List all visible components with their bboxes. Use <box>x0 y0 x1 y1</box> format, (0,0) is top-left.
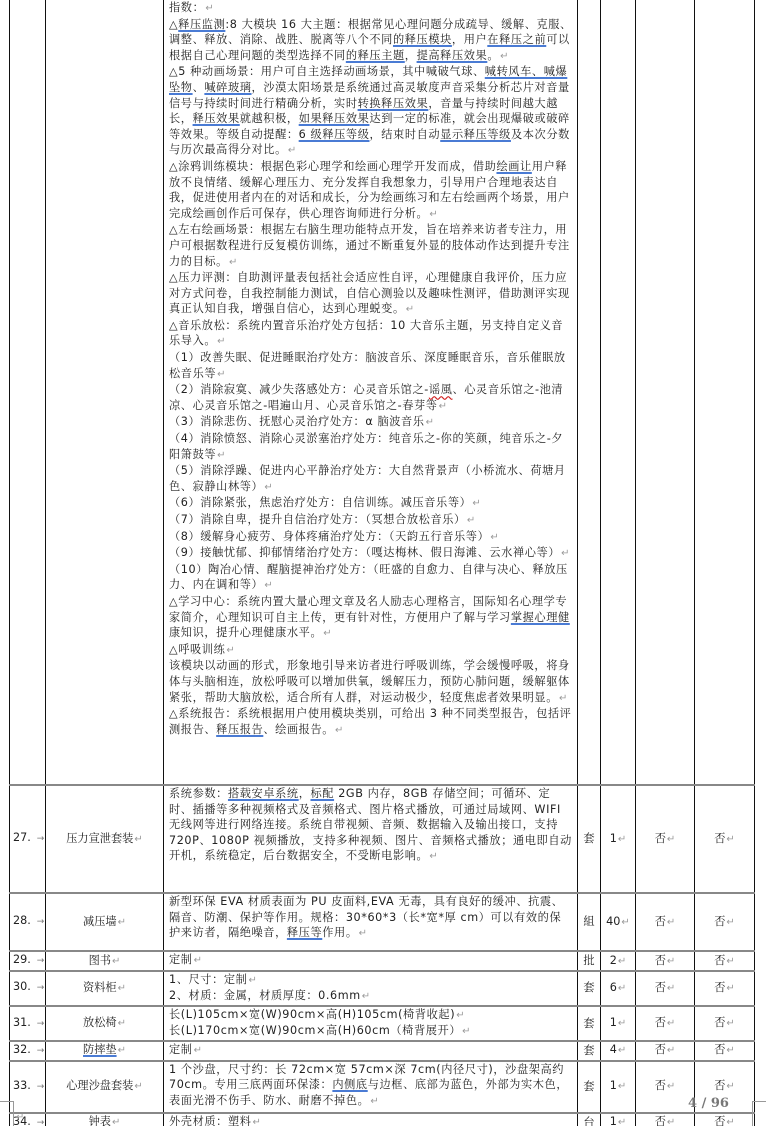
imported-value: 否 <box>655 915 666 928</box>
paragraph-mark: ↵ <box>439 401 448 412</box>
quantity-cell: 1↵ <box>601 1113 636 1126</box>
paragraph-mark: ↵ <box>618 834 626 845</box>
quantity: 1 <box>610 1016 617 1029</box>
paragraph-mark: ↵ <box>359 928 368 939</box>
unit-cell: 台 <box>578 1113 601 1126</box>
item-name: 压力宣泄套装 <box>66 832 133 845</box>
item-name-cell: 钟表↵ <box>46 1113 164 1126</box>
row-number-cell: 34.→ <box>10 1113 46 1126</box>
paragraph-mark: ↵ <box>726 834 734 845</box>
imported-cell <box>636 0 695 785</box>
paragraph-mark: ↵ <box>618 983 626 994</box>
paragraph: 2、材质：金属，材质厚度：0.6mm↵ <box>169 988 573 1005</box>
core-product-value: 否 <box>714 981 725 994</box>
paragraph-mark: ↵ <box>288 145 297 156</box>
paragraph-mark: ↵ <box>16 1112 24 1123</box>
paragraph-mark: ↵ <box>253 1117 262 1126</box>
item-name: 钟表 <box>89 1115 111 1126</box>
tab-mark: → <box>37 917 45 927</box>
paragraph: （6）消除紧张，焦虑治疗处方：自信训练。减压音乐等）↵ <box>169 495 573 512</box>
paragraph: 长(L)105cm×宽(W)90cm×高(H)105cm(椅背收起)↵ <box>169 1007 573 1024</box>
paragraph-mark: ↵ <box>500 51 509 62</box>
paragraph: （4）消除愤怒、消除心灵淤塞治疗处方：纯音乐之-你的笑颜，纯音乐之-夕阳箫鼓等↵ <box>169 431 573 463</box>
quantity: 4 <box>610 1043 617 1056</box>
imported-cell: 否↵ <box>636 1006 695 1041</box>
quantity-cell: 6↵ <box>601 971 636 1006</box>
paragraph-mark: ↵ <box>559 693 568 704</box>
item-name-cell: 放松椅↵ <box>46 1006 164 1041</box>
unit: 套 <box>583 1080 594 1093</box>
row-number-cell: 30.→ <box>10 971 46 1006</box>
imported-value: 否 <box>655 981 666 994</box>
quantity-cell: 1↵ <box>601 1061 636 1113</box>
unit-cell: 組 <box>578 893 601 951</box>
paragraph-mark: ↵ <box>618 1081 626 1092</box>
item-name-cell: 减压墙↵ <box>46 893 164 951</box>
row-number: 33. <box>13 1079 31 1092</box>
table-row: 30.→ 资料柜↵ 1、尺寸：定制↵2、材质：金属，材质厚度：0.6mm↵ 套 … <box>10 971 755 1006</box>
paragraph-mark: ↵ <box>561 548 570 559</box>
unit-cell: 套 <box>578 1006 601 1041</box>
paragraph-mark: ↵ <box>726 1018 734 1029</box>
core-product-cell <box>695 0 755 785</box>
imported-cell: 否↵ <box>636 951 695 971</box>
item-name-cell: 压力宣泄套装↵ <box>46 785 164 893</box>
unit: 套 <box>583 832 594 845</box>
paragraph: 该模块以动画的形式，形象地引导来访者进行呼吸训练，学会缓慢呼吸，将身体与头脑相连… <box>169 658 573 706</box>
paragraph-mark: ↵ <box>667 834 675 845</box>
paragraph-mark: ↵ <box>264 482 273 493</box>
quantity-cell: 1↵ <box>601 785 636 893</box>
spec-description-cell: 1、尺寸：定制↵2、材质：金属，材质厚度：0.6mm↵ <box>164 971 578 1006</box>
paragraph-mark: ↵ <box>726 956 734 967</box>
paragraph-mark: ↵ <box>429 851 438 862</box>
paragraph-mark: ↵ <box>112 1117 120 1126</box>
spec-description-cell: 定制↵ <box>164 1041 578 1061</box>
row-number: 31. <box>13 1016 31 1029</box>
tab-mark: → <box>37 1082 45 1092</box>
tab-mark: → <box>37 983 45 993</box>
row-number: 30. <box>13 980 31 993</box>
paragraph: △压力评测：自助测评量表包括社会适应性自评，心理健康自我评价，压力应对方式问卷，… <box>169 270 573 318</box>
spec-description-cell: 1 个沙盘，尺寸约：长 72cm×宽 57cm×深 7cm(内径尺寸)，沙盘架高… <box>164 1061 578 1113</box>
paragraph-mark: ↵ <box>406 304 415 315</box>
table-row: 29.→ 图书↵ 定制↵ 批 2↵ 否↵ 否↵ <box>10 951 755 971</box>
imported-value: 否 <box>655 1043 666 1056</box>
imported-value: 否 <box>655 832 666 845</box>
paragraph: （8）缓解身心疲劳、身体疼痛治疗处方：（天韵五行音乐等）↵ <box>169 529 573 546</box>
row-number: 27. <box>13 831 31 844</box>
paragraph: △5 种动画场景：用户可自主选择动画场景，其中喊破气球、喊转风车、喊爆坠物、喊碎… <box>169 64 573 159</box>
item-name: 心理沙盘套装 <box>66 1079 133 1092</box>
paragraph-mark: ↵ <box>194 955 203 966</box>
unit-cell <box>578 0 601 785</box>
paragraph-mark: ↵ <box>667 1117 675 1126</box>
quantity-cell: 1↵ <box>601 1006 636 1041</box>
row-number-cell: 29.→ <box>10 951 46 971</box>
core-product-cell: 否↵ <box>695 1006 755 1041</box>
quantity: 1 <box>610 832 617 845</box>
paragraph-mark: ↵ <box>726 917 734 928</box>
unit-cell: 批 <box>578 951 601 971</box>
paragraph: △释压监测:8 大模块 16 大主题：根据常见心理问题分成疏导、缓解、克服、调整… <box>169 17 573 65</box>
paragraph-mark: ↵ <box>217 369 226 380</box>
table-row: 27.→ 压力宣泄套装↵ 系统参数：搭载安卓系统，标配 2GB 内存，8GB 存… <box>10 785 755 893</box>
paragraph: 定制↵ <box>169 952 573 969</box>
core-product-value: 否 <box>714 1043 725 1056</box>
paragraph: 指数：↵ <box>169 0 573 17</box>
core-product-cell: 否↵ <box>695 1113 755 1126</box>
paragraph-mark: ↵ <box>490 532 499 543</box>
paragraph-mark: ↵ <box>667 983 675 994</box>
paragraph-mark: ↵ <box>618 1045 626 1056</box>
quantity: 6 <box>610 981 617 994</box>
spec-description-cell: 长(L)105cm×宽(W)90cm×高(H)105cm(椅背收起)↵长(L)1… <box>164 1006 578 1041</box>
core-product-value: 否 <box>714 915 725 928</box>
imported-cell: 否↵ <box>636 971 695 1006</box>
spec-description-cell: 新型环保 EVA 材质表面为 PU 皮面料,EVA 无毒，具有良好的缓冲、抗震、… <box>164 893 578 951</box>
paragraph-mark: ↵ <box>217 450 226 461</box>
row-number-cell: 32.→ <box>10 1041 46 1061</box>
item-name: 资料柜 <box>83 981 117 994</box>
paragraph: △学习中心：系统内置大量心理文章及名人励志心理格言，国际知名心理学专家简介，心理… <box>169 594 573 642</box>
spec-description-cell: 系统参数：搭载安卓系统，标配 2GB 内存，8GB 存储空间；可循环、定时、插播… <box>164 785 578 893</box>
paragraph-mark: ↵ <box>618 1018 626 1029</box>
paragraph-mark: ↵ <box>618 956 626 967</box>
unit-cell: 套 <box>578 1041 601 1061</box>
paragraph-mark: ↵ <box>370 1096 379 1107</box>
row-number-cell: 28.→ <box>10 893 46 951</box>
item-name: 图书 <box>89 954 111 967</box>
paragraph-mark: ↵ <box>726 983 734 994</box>
paragraph-mark: ↵ <box>229 257 238 268</box>
paragraph-mark: ↵ <box>118 917 126 928</box>
item-name: 放松椅 <box>83 1016 117 1029</box>
imported-value: 否 <box>655 1115 666 1126</box>
paragraph-mark: ↵ <box>467 515 476 526</box>
paragraph-mark: ↵ <box>264 580 273 591</box>
paragraph: △涂鸦训练模块：根据色彩心理学和绘画心理学开发而成，借助绘画让用户释放不良情绪、… <box>169 159 573 222</box>
paragraph-mark: ↵ <box>118 1045 126 1056</box>
paragraph: △左右绘画场景：根据左右脑生理功能特点开发，旨在培养来访者专注力，用户可根据数程… <box>169 222 573 270</box>
paragraph: △系统报告：系统根据用户使用模块类别，可给出 3 种不同类型报告，包括评测报告、… <box>169 706 573 738</box>
row-number: 29. <box>13 953 31 966</box>
crop-mark <box>752 1101 753 1126</box>
table-row-continued: 指数：↵△释压监测:8 大模块 16 大主题：根据常见心理问题分成疏导、缓解、克… <box>10 0 755 785</box>
paragraph-mark: ↵ <box>472 498 481 509</box>
paragraph: （9）接触忧郁、抑郁情绪治疗处方：（嘎达梅林、假日海滩、云水禅心等）↵ <box>169 545 573 562</box>
paragraph: 定制↵ <box>169 1042 573 1059</box>
tab-mark: → <box>37 1019 45 1029</box>
row-number: 32. <box>13 1043 31 1056</box>
paragraph-mark: ↵ <box>726 1081 734 1092</box>
item-name-cell: 心理沙盘套装↵ <box>46 1061 164 1113</box>
paragraph: 新型环保 EVA 材质表面为 PU 皮面料,EVA 无毒，具有良好的缓冲、抗震、… <box>169 894 573 942</box>
paragraph-mark: ↵ <box>335 725 344 736</box>
paragraph: 外壳材质：塑料↵ <box>169 1114 573 1126</box>
paragraph-mark: ↵ <box>426 417 435 428</box>
unit: 套 <box>583 1017 594 1030</box>
quantity-cell: 40↵ <box>601 893 636 951</box>
crop-mark <box>0 1101 13 1102</box>
paragraph: （2）消除寂寞、减少失落感处方：心灵音乐馆之-谣風、心灵音乐馆之-池清凉、心灵音… <box>169 382 573 414</box>
unit-cell: 套 <box>578 785 601 893</box>
page-number: 4 / 96 <box>688 1096 729 1111</box>
imported-value: 否 <box>655 1079 666 1092</box>
paragraph: 系统参数：搭载安卓系统，标配 2GB 内存，8GB 存储空间；可循环、定时、插播… <box>169 786 573 865</box>
paragraph-mark: ↵ <box>667 1045 675 1056</box>
item-name-cell <box>46 0 164 785</box>
row-number-cell: 33.→ <box>10 1061 46 1113</box>
core-product-value: 否 <box>714 954 725 967</box>
imported-value: 否 <box>655 954 666 967</box>
paragraph-mark: ↵ <box>726 1045 734 1056</box>
imported-cell: 否↵ <box>636 1113 695 1126</box>
quantity: 1 <box>610 1115 617 1126</box>
core-product-cell: 否↵ <box>695 951 755 971</box>
paragraph-mark: ↵ <box>667 956 675 967</box>
unit: 套 <box>583 981 594 994</box>
paragraph-mark: ↵ <box>323 628 332 639</box>
paragraph-mark: ↵ <box>618 1117 626 1126</box>
unit: 批 <box>583 954 594 967</box>
paragraph-mark: ↵ <box>217 336 226 347</box>
paragraph-mark: ↵ <box>667 1018 675 1029</box>
paragraph-mark: ↵ <box>621 917 629 928</box>
paragraph-mark: ↵ <box>118 983 126 994</box>
paragraph-mark: ↵ <box>112 956 120 967</box>
core-product-cell: 否↵ <box>695 893 755 951</box>
tab-mark: → <box>37 956 45 966</box>
quantity-cell: 2↵ <box>601 951 636 971</box>
imported-cell: 否↵ <box>636 1061 695 1113</box>
paragraph-mark: ↵ <box>134 834 142 845</box>
paragraph-mark: ↵ <box>429 209 438 220</box>
crop-mark <box>752 1101 766 1102</box>
paragraph: （7）消除自卑，提升自信治疗处方：（冥想合放松音乐）↵ <box>169 512 573 529</box>
paragraph-mark: ↵ <box>667 1081 675 1092</box>
paragraph-mark: ↵ <box>134 1081 142 1092</box>
quantity: 2 <box>610 954 617 967</box>
paragraph: （10）陶冶心情、醒脑提神治疗处方：（旺盛的自愈力、自律与决心、释放压力、内在调… <box>169 562 573 594</box>
quantity: 1 <box>610 1079 617 1092</box>
paragraph-mark: ↵ <box>726 1117 734 1126</box>
table-row: 33.→ 心理沙盘套装↵ 1 个沙盘，尺寸约：长 72cm×宽 57cm×深 7… <box>10 1061 755 1113</box>
spec-description-cell: 外壳材质：塑料↵ <box>164 1113 578 1126</box>
paragraph: △呼吸训练↵ <box>169 642 573 659</box>
row-number: 28. <box>13 914 31 927</box>
paragraph-mark: ↵ <box>456 1010 465 1021</box>
core-product-cell: 否↵ <box>695 1041 755 1061</box>
crop-mark <box>13 1101 14 1126</box>
paragraph-mark: ↵ <box>248 975 257 986</box>
spec-description-cell: 指数：↵△释压监测:8 大模块 16 大主题：根据常见心理问题分成疏导、缓解、克… <box>164 0 578 785</box>
paragraph-mark: ↵ <box>462 1026 471 1037</box>
paragraph-mark: ↵ <box>205 3 214 14</box>
item-name-cell: 资料柜↵ <box>46 971 164 1006</box>
paragraph: （5）消除浮躁、促进内心平静治疗处方：大自然背景声（小桥流水、荷塘月色、寂静山林… <box>169 463 573 495</box>
core-product-value: 否 <box>714 1016 725 1029</box>
row-number-cell: 27.→ <box>10 785 46 893</box>
imported-cell: 否↵ <box>636 785 695 893</box>
paragraph: 1、尺寸：定制↵ <box>169 972 573 989</box>
item-name-cell: 防摔垫↵ <box>46 1041 164 1061</box>
core-product-value: 否 <box>714 832 725 845</box>
paragraph-mark: ↵ <box>362 991 371 1002</box>
equipment-spec-table: 指数：↵△释压监测:8 大模块 16 大主题：根据常见心理问题分成疏导、缓解、克… <box>9 0 755 1126</box>
tab-mark: → <box>37 1118 45 1126</box>
paragraph: 长(L)170cm×宽(W)90cm×高(H)60cm（椅背展开）↵ <box>169 1023 573 1040</box>
table-row: 32.→ 防摔垫↵ 定制↵ 套 4↵ 否↵ 否↵ <box>10 1041 755 1061</box>
core-product-value: 否 <box>714 1115 725 1126</box>
unit-cell: 套 <box>578 971 601 1006</box>
core-product-cell: 否↵ <box>695 785 755 893</box>
paragraph: （3）消除悲伤、抚慰心灵治疗处方：α 脑波音乐↵ <box>169 414 573 431</box>
table-row: 31.→ 放松椅↵ 长(L)105cm×宽(W)90cm×高(H)105cm(椅… <box>10 1006 755 1041</box>
tab-mark: → <box>37 1046 45 1056</box>
quantity: 40 <box>606 915 620 928</box>
paragraph-mark: ↵ <box>667 917 675 928</box>
paragraph: （1）改善失眠、促进睡眠治疗处方：脑波音乐、深度睡眠音乐，音乐催眠放松音乐等↵ <box>169 350 573 382</box>
row-number-cell: 31.→ <box>10 1006 46 1041</box>
table-row: 34.→ 钟表↵ 外壳材质：塑料↵ 台 1↵ 否↵ 否↵ <box>10 1113 755 1126</box>
spec-description-cell: 定制↵ <box>164 951 578 971</box>
table-row: 28.→ 减压墙↵ 新型环保 EVA 材质表面为 PU 皮面料,EVA 无毒，具… <box>10 893 755 951</box>
row-number-cell <box>10 0 46 785</box>
unit: 台 <box>583 1116 594 1126</box>
core-product-value: 否 <box>714 1079 725 1092</box>
paragraph-mark: ↵ <box>226 645 235 656</box>
item-name: 减压墙 <box>83 915 117 928</box>
imported-cell: 否↵ <box>636 893 695 951</box>
item-name-cell: 图书↵ <box>46 951 164 971</box>
paragraph: 1 个沙盘，尺寸约：长 72cm×宽 57cm×深 7cm(内径尺寸)，沙盘架高… <box>169 1062 573 1110</box>
unit-cell: 套 <box>578 1061 601 1113</box>
tab-mark: → <box>37 834 45 844</box>
item-name: 防摔垫 <box>83 1043 117 1056</box>
core-product-cell: 否↵ <box>695 971 755 1006</box>
paragraph-mark: ↵ <box>118 1018 126 1029</box>
paragraph: △音乐放松：系统内置音乐治疗处方包括：10 大音乐主题，另支持自定义音乐导入。↵ <box>169 318 573 350</box>
quantity-cell: 4↵ <box>601 1041 636 1061</box>
imported-cell: 否↵ <box>636 1041 695 1061</box>
unit: 組 <box>583 915 594 928</box>
imported-value: 否 <box>655 1016 666 1029</box>
quantity-cell <box>601 0 636 785</box>
paragraph-mark: ↵ <box>194 1045 203 1056</box>
unit: 套 <box>583 1044 594 1057</box>
